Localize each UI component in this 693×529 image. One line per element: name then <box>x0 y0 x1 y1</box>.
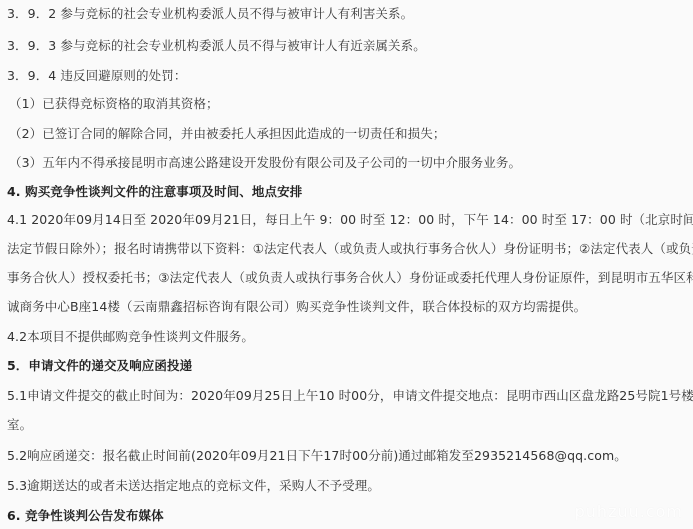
clause-3-9-4: 3．9．4 违反回避原则的处罚： <box>7 68 186 84</box>
clause-3-9-2: 3．9．2 参与竞标的社会专业机构委派人员不得与被审计人有利害关系。 <box>7 6 413 22</box>
penalty-item-2: （2）已签订合同的解除合同，并由被委托人承担因此造成的一切责任和损失； <box>9 126 445 142</box>
penalty-item-3: （3）五年内不得承接昆明市高速公路建设开发股份有限公司及子公司的一切中介服务业务… <box>9 155 521 171</box>
clause-5-3: 5.3逾期送达的或者未送达指定地点的竞标文件，采购人不予受理。 <box>7 478 380 494</box>
section-4-heading: 4. 购买竞争性谈判文件的注意事项及时间、地点安排 <box>7 184 302 200</box>
clause-4-1-line-1: 4.1 2020年09月14日至 2020年09月21日，每日上午 9：00 时… <box>7 212 693 228</box>
clause-5-1-line-2: 室。 <box>7 417 32 433</box>
clause-4-1-line-3: 事务合伙人）授权委托书；③法定代表人（或负责人或执行事务合伙人）身份证或委托代理… <box>7 270 693 286</box>
penalty-item-1: （1）已获得竞标资格的取消其资格； <box>9 96 219 112</box>
section-5-heading: 5．申请文件的递交及响应函投递 <box>7 358 192 374</box>
clause-3-9-3: 3．9．3 参与竞标的社会专业机构委派人员不得与被审计人有近亲属关系。 <box>7 38 426 54</box>
watermark: puhzuu.com <box>575 502 683 521</box>
clause-4-1-line-2: 法定节假日除外）；报名时请携带以下资料：①法定代表人（或负责人或执行事务合伙人）… <box>7 241 693 257</box>
clause-5-2: 5.2响应函递交：报名截止时间前(2020年09月21日下午17时00分前)通过… <box>7 448 627 464</box>
clause-5-1-line-1: 5.1申请文件提交的截止时间为：2020年09月25日上午10 时00分，申请文… <box>7 388 693 404</box>
clause-4-1-line-4: 诚商务中心B座14楼（云南鼎鑫招标咨询有限公司）购买竞争性谈判文件，联合体投标的… <box>7 299 586 315</box>
section-6-heading: 6. 竞争性谈判公告发布媒体 <box>7 508 164 524</box>
clause-4-2: 4.2本项目不提供邮购竞争性谈判文件服务。 <box>7 329 254 345</box>
